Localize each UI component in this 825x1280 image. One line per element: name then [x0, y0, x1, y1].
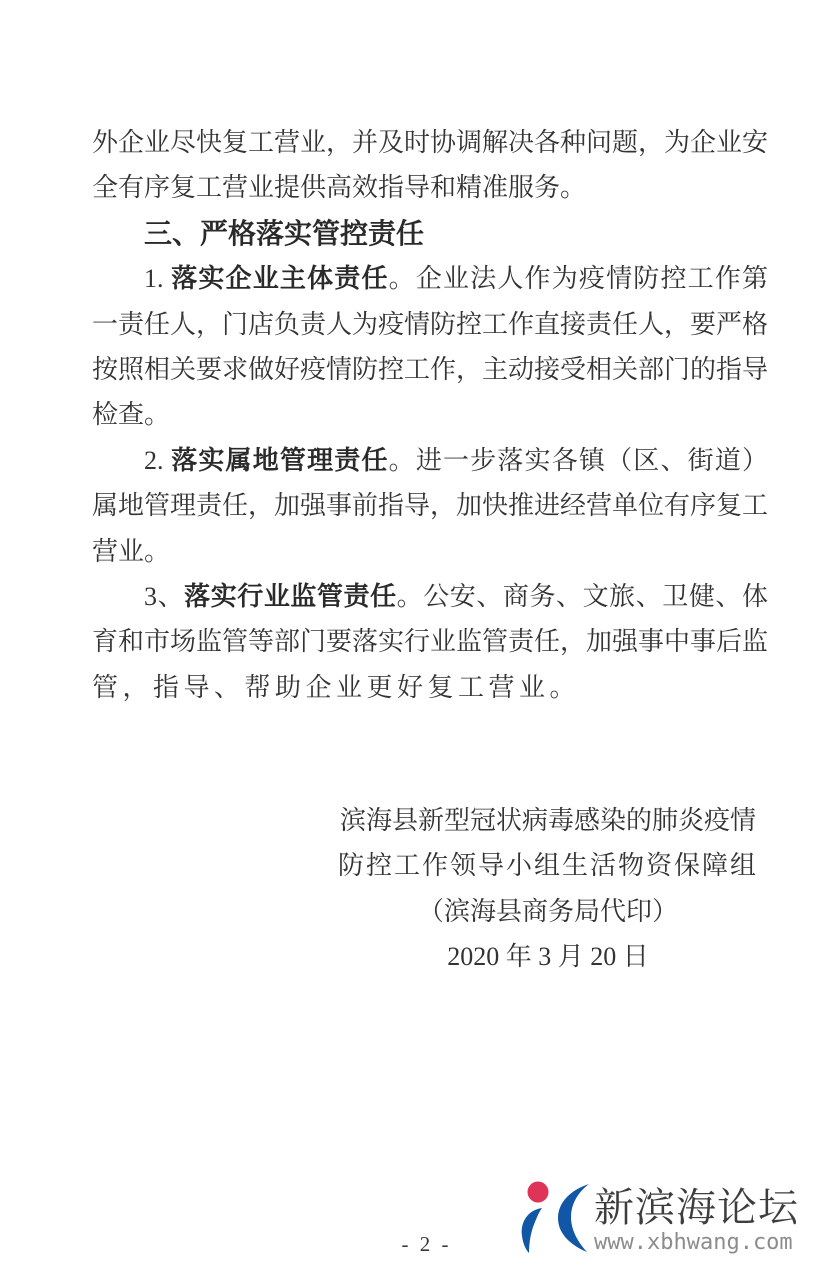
text-segment: 。公安、商务、文旅、卫健、体 [397, 582, 768, 611]
text-segment: 一责任人，门店负责人为疫情防控工作直接责任人，要严格 [92, 310, 768, 339]
text-line: 检查。 [92, 392, 768, 437]
document-page: 外企业尽快复工营业，并及时协调解决各种问题，为企业安全有序复工营业提供高效指导和… [0, 0, 825, 1280]
text-line: 3、落实行业监管责任。公安、商务、文旅、卫健、体 [92, 574, 768, 619]
text-segment: 落实行业监管责任 [184, 582, 397, 611]
forum-logo-icon [508, 1172, 592, 1276]
text-line: 一责任人，门店负责人为疫情防控工作直接责任人，要严格 [92, 302, 768, 347]
signature-line: 防控工作领导小组生活物资保障组 [330, 843, 766, 888]
text-segment: 3、 [144, 582, 184, 611]
forum-name: 新滨海论坛 [594, 1186, 799, 1230]
text-segment: 管，指导、帮助企业更好复工营业。 [92, 673, 580, 702]
text-line: 管，指导、帮助企业更好复工营业。 [92, 665, 768, 710]
signature-block: 滨海县新型冠状病毒感染的肺炎疫情防控工作领导小组生活物资保障组（滨海县商务局代印… [330, 798, 766, 980]
document-body: 外企业尽快复工营业，并及时协调解决各种问题，为企业安全有序复工营业提供高效指导和… [92, 120, 768, 710]
forum-url: www.xbhwang.com [594, 1231, 799, 1255]
logo-large-crescent [558, 1184, 589, 1252]
logo-small-crescent [522, 1208, 542, 1253]
text-line: 按照相关要求做好疫情防控工作，主动接受相关部门的指导 [92, 347, 768, 392]
text-segment: 1. [144, 264, 171, 293]
text-segment: 。进一步落实各镇（区、街道） [389, 446, 768, 475]
signature-line: 滨海县新型冠状病毒感染的肺炎疫情 [330, 798, 766, 843]
text-segment: 落实企业主体责任 [171, 264, 388, 293]
text-line: 属地管理责任，加强事前指导，加快推进经营单位有序复工 [92, 483, 768, 528]
forum-watermark-text: 新滨海论坛 www.xbhwang.com [594, 1172, 799, 1255]
text-segment: 。企业法人作为疫情防控工作第 [389, 264, 768, 293]
signature-line: （滨海县商务局代印） [330, 889, 766, 934]
text-segment: 2. [144, 446, 171, 475]
text-line: 1. 落实企业主体责任。企业法人作为疫情防控工作第 [92, 256, 768, 301]
text-segment: 检查。 [92, 400, 170, 429]
text-line: 2. 落实属地管理责任。进一步落实各镇（区、街道） [92, 438, 768, 483]
text-segment: 营业。 [92, 537, 170, 566]
text-segment: 落实属地管理责任 [171, 446, 388, 475]
text-segment: 属地管理责任，加强事前指导，加快推进经营单位有序复工 [92, 491, 768, 520]
text-segment: 全有序复工营业提供高效指导和精准服务。 [92, 173, 586, 202]
text-segment: 三、严格落实管控责任 [144, 218, 424, 249]
forum-watermark: 新滨海论坛 www.xbhwang.com [508, 1172, 799, 1276]
text-line: 营业。 [92, 529, 768, 574]
text-line: 外企业尽快复工营业，并及时协调解决各种问题，为企业安 [92, 120, 768, 165]
signature-line: 2020 年 3 月 20 日 [330, 934, 766, 979]
text-segment: 育和市场监管等部门要落实行业监管责任，加强事中事后监 [92, 627, 768, 656]
section-heading: 三、严格落实管控责任 [92, 211, 768, 256]
logo-head-dot [528, 1182, 549, 1203]
text-line: 全有序复工营业提供高效指导和精准服务。 [92, 165, 768, 210]
text-line: 育和市场监管等部门要落实行业监管责任，加强事中事后监 [92, 619, 768, 664]
text-segment: 外企业尽快复工营业，并及时协调解决各种问题，为企业安 [92, 128, 768, 157]
text-segment: 按照相关要求做好疫情防控工作，主动接受相关部门的指导 [92, 355, 768, 384]
